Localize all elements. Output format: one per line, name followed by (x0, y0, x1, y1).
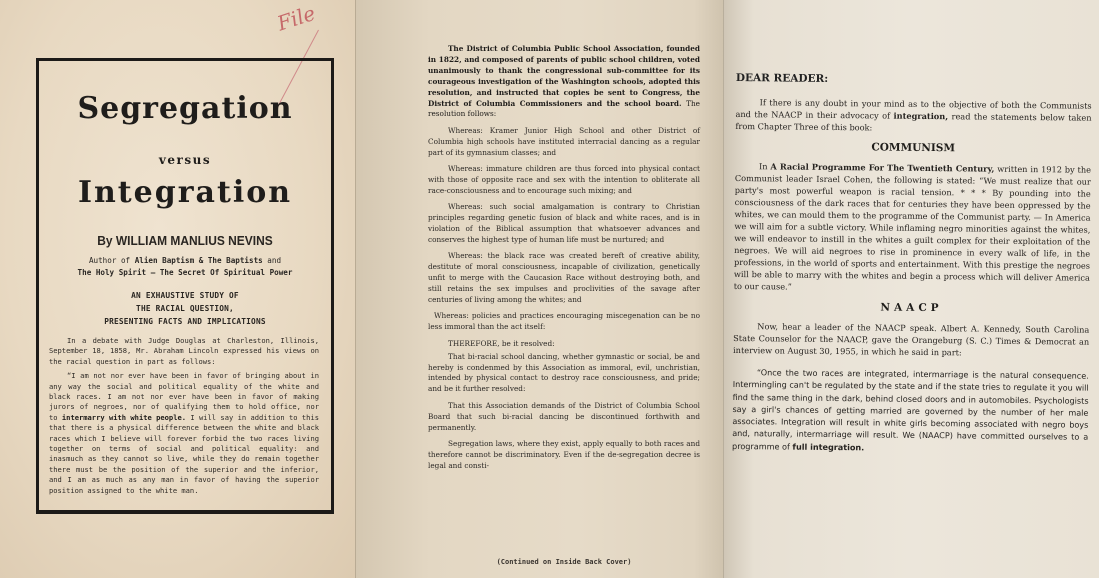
cover-subtitle: AN EXHAUSTIVE STUDY OF THE RACIAL QUESTI… (39, 289, 331, 328)
author-byline: By WILLIAM MANLIUS NEVINS (51, 233, 320, 248)
cover-page: File Segregation versus Integration By W… (0, 0, 355, 578)
title-segregation: Segregation (39, 91, 331, 126)
letter-intro: If there is any doubt in your mind as to… (735, 96, 1091, 136)
intro-emphasis: integration, (893, 111, 948, 122)
resolution-paragraph: Whereas: policies and practices encourag… (428, 311, 700, 333)
letter-content: DEAR READER: If there is any doubt in yo… (732, 72, 1092, 462)
book-title-1: Alien Baptism & The Baptists (135, 256, 263, 265)
subtitle-line: AN EXHAUSTIVE STUDY OF (39, 289, 331, 302)
inside-page: The District of Columbia Public School A… (355, 0, 723, 578)
author-of-prefix: Author of (89, 256, 130, 265)
section-title-naacp: NAACP (733, 300, 1089, 316)
cover-body-text: In a debate with Judge Douglas at Charle… (49, 336, 319, 500)
book-title-2: The Holy Spirit — The Secret Of Spiritua… (78, 268, 293, 277)
naacp-paragraph: Now, hear a leader of the NAACP speak. A… (733, 320, 1089, 360)
resolution-paragraph: Whereas: the black race was created bere… (428, 251, 700, 306)
continued-note: (Continued on Inside Back Cover) (428, 558, 700, 566)
quote-text: “Once the two races are integrated, inte… (732, 367, 1089, 451)
resolution-paragraph: That bi-racial school dancing, whether g… (428, 352, 700, 396)
letter-page: DEAR READER: If there is any doubt in yo… (723, 0, 1099, 578)
lincoln-intro: In a debate with Judge Douglas at Charle… (49, 336, 319, 367)
resolution-paragraph: That this Association demands of the Dis… (428, 401, 700, 434)
quote-text: I will say in addition to this that ther… (49, 413, 319, 495)
book-reference: A Racial Programme For The Twentieth Cen… (770, 161, 994, 173)
resolution-paragraph: Segregation laws, where they exist, appl… (428, 439, 700, 472)
resolution-paragraph: THEREFORE, be it resolved: (428, 339, 700, 350)
lincoln-quote: “I am not nor ever have been in favor of… (49, 371, 319, 496)
section-text: written in 1912 by the Communist leader … (734, 164, 1091, 292)
title-integration: Integration (39, 175, 331, 210)
author-other-works: Author of Alien Baptism & The Baptists a… (39, 255, 331, 279)
naacp-quote: “Once the two races are integrated, inte… (732, 366, 1089, 456)
communism-paragraph: In A Racial Programme For The Twentieth … (734, 160, 1091, 296)
resolution-paragraph: Whereas: such social amalgamation is con… (428, 202, 700, 246)
quote-emphasis: full integration. (792, 441, 864, 452)
quote-emphasis: intermarry with white people. (62, 413, 186, 422)
section-title-communism: COMMUNISM (735, 140, 1091, 156)
resolution-paragraph: Whereas: immature children are thus forc… (428, 164, 700, 197)
resolution-lead: The District of Columbia Public School A… (428, 44, 700, 120)
lead-bold: The District of Columbia Public School A… (428, 44, 700, 108)
letter-heading: DEAR READER: (736, 72, 1092, 88)
title-versus: versus (39, 153, 331, 167)
resolution-paragraph: Whereas: Kramer Junior High School and o… (428, 126, 700, 159)
section-prefix: In (759, 161, 768, 171)
cover-border-frame: Segregation versus Integration By WILLIA… (36, 58, 334, 514)
subtitle-line: PRESENTING FACTS AND IMPLICATIONS (39, 315, 331, 328)
author-of-and: and (267, 256, 281, 265)
resolution-column: The District of Columbia Public School A… (428, 44, 700, 477)
subtitle-line: THE RACIAL QUESTION, (39, 302, 331, 315)
